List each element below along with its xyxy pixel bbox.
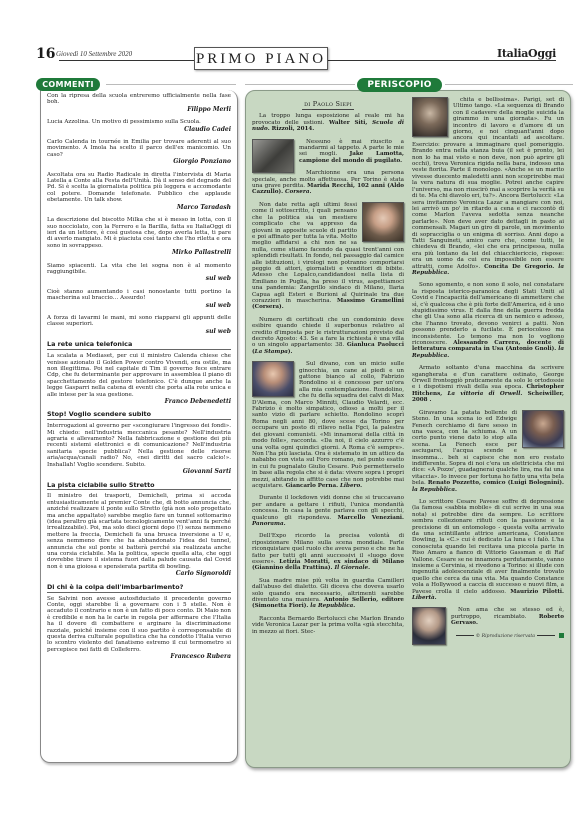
comment-author: Giorgio Ponziano xyxy=(47,159,231,165)
quote-paragraph: Numero di certificati che un condominio … xyxy=(252,317,404,355)
periscopio-column-2: chita e bellissima». Parigi, set di Ulti… xyxy=(412,97,564,647)
quote-publication-italic: La Stampa xyxy=(255,349,288,355)
section-title: PRIMO PIANO xyxy=(194,47,328,70)
comment-author: sul web xyxy=(47,303,231,309)
quote-paragraph: Marchionne era una persona speciale, anc… xyxy=(252,170,404,196)
comment-author: Claudio Cadei xyxy=(47,127,231,133)
section-text: Se Salvini non avesse autosfiduciato il … xyxy=(47,596,231,654)
newspaper-logo: ItaliaOggi xyxy=(493,47,556,60)
quote-text: Lo scrittore Cesare Pavese soffre di dep… xyxy=(412,499,564,595)
portrait-photo xyxy=(252,139,294,173)
quote-paragraph: Dell'Expo ricordo la precisa volontà di … xyxy=(252,533,404,571)
comment-item: La descrizione del biscotto Milka che si… xyxy=(47,217,231,256)
quote-publication-italic: Libertà. xyxy=(412,595,437,601)
copyright-line xyxy=(456,635,474,636)
periscopio-tab: PERISCOPIO xyxy=(357,78,442,92)
quote-paragraph: Racconta Bernardo Bertolucci che Marlon … xyxy=(252,616,404,635)
section-heading: Stop! Voglio scendere subito xyxy=(47,411,231,420)
quote-source: Renato Pozzetto, comico (Luigi Bolognini… xyxy=(428,480,564,486)
comment-text: Siamo spiacenti. La vita che lei sogna n… xyxy=(47,263,231,276)
quote-publication-italic: Libero. xyxy=(340,483,362,489)
quote-paragraph: Durante il lockdown vidi donne che si tr… xyxy=(252,495,404,527)
quote-paragraph: chita e bellissima». Parigi, set di Ulti… xyxy=(412,97,564,276)
quote-paragraph: Sul divano, con un micio sulle ginocchia… xyxy=(252,361,404,489)
comment-author: Marco Taradash xyxy=(47,205,231,211)
portrait-photo xyxy=(522,410,564,448)
section-text: Interrogazioni al governo per «scongiura… xyxy=(47,423,231,468)
page-header: 16 Giovedì 10 Settembre 2020 PRIMO PIANO… xyxy=(36,40,556,72)
quote-paragraph: Lo scrittore Cesare Pavese soffre di dep… xyxy=(412,499,564,602)
quote-source: Walter Siti, xyxy=(329,120,372,126)
quote-publication: Libero. xyxy=(340,483,362,489)
section-heading: La rete unica telefonica xyxy=(47,341,231,350)
comment-text: Cioè stanno aumentando i casi nonostante… xyxy=(47,289,231,302)
quote-publication: La Stampa xyxy=(255,349,288,355)
commenti-column: Con la ripresa della scuola entreremo uf… xyxy=(36,78,236,778)
quote-publication-italic: Il Giornale. xyxy=(334,565,370,571)
quote-source-tail: . Rizzoli, 2014. xyxy=(268,126,314,132)
comment-author: Filippo Merli xyxy=(47,107,231,113)
copyright-line xyxy=(537,635,555,636)
periscopio-rule-left xyxy=(245,84,355,85)
periscopio-column-1: di Paolo Siepi La troppo lunga esposizio… xyxy=(252,97,404,641)
quote-text: Sono sgomento, e non sono il solo, nel c… xyxy=(412,282,564,346)
comment-author: Mirko Pallastrelli xyxy=(47,250,231,256)
quote-publication-italic: la Repubblica. xyxy=(310,603,355,609)
portrait-photo xyxy=(252,361,294,397)
comment-author: sul web xyxy=(47,276,231,282)
section-author: Carlo Signoroldi xyxy=(47,571,231,577)
page-date: Giovedì 10 Settembre 2020 xyxy=(56,50,132,58)
quote-source: Marcello Veneziani. xyxy=(338,515,404,521)
portrait-photo xyxy=(362,202,404,242)
section-author: Franco Debenedetti xyxy=(47,399,231,405)
quote-publication: Panorama. xyxy=(252,521,286,527)
quote-paragraph: Nessuno è mai riuscito a mandarmi al tap… xyxy=(252,139,404,165)
quote-text: Racconta Bernardo Bertolucci che Marlon … xyxy=(252,616,404,635)
comment-section: Stop! Voglio scendere subitoInterrogazio… xyxy=(47,411,231,475)
comment-item: A forza di lavarmi le mani, mi sono riap… xyxy=(47,315,231,335)
comment-item: Ascoltata ora su Radio Radicale in diret… xyxy=(47,172,231,211)
comment-section: La pista ciclabile sullo StrettoIl minis… xyxy=(47,482,231,578)
quote-source: Giancarlo Perna. xyxy=(285,483,340,489)
periscopio-rule-right xyxy=(445,84,573,85)
commenti-tab: COMMENTI xyxy=(36,78,100,91)
section-author: Francesco Rubera xyxy=(47,654,231,660)
comment-item: Cioè stanno aumentando i casi nonostante… xyxy=(47,289,231,309)
quote-publication: La vittoria di Orwell xyxy=(447,391,520,397)
commenti-content: Con la ripresa della scuola entreremo uf… xyxy=(47,93,231,667)
portrait-photo xyxy=(412,607,446,645)
comment-text: Carlo Calenda in tournée in Emilia per t… xyxy=(47,139,231,158)
byline-text: di Paolo Siepi xyxy=(302,100,354,110)
section-author: Giovanni Sarti xyxy=(47,469,231,475)
quote-source-tail: ). xyxy=(288,349,293,355)
quote-publication-italic: la Repubblica. xyxy=(412,487,457,493)
comment-item: Siamo spiacenti. La vita che lei sogna n… xyxy=(47,263,231,283)
comment-section: La rete unica telefonicaLa scalata a Med… xyxy=(47,341,231,405)
portrait-photo xyxy=(412,97,448,137)
section-heading: La pista ciclabile sullo Stretto xyxy=(47,482,231,491)
byline: di Paolo Siepi xyxy=(252,101,404,107)
quote-paragraph: Giravamo La patata bollente di Steno. In… xyxy=(412,410,564,493)
comment-text: Ascoltata ora su Radio Radicale in diret… xyxy=(47,172,231,204)
quote-paragraph: La troppo lunga esposizione al reale mi … xyxy=(252,113,404,132)
quote-paragraph: Non date retta agli ultimi fessi come il… xyxy=(252,202,404,311)
comment-section: Di chi è la colpa dell'imbarbarimento?Se… xyxy=(47,584,231,661)
periscopio-column: di Paolo Siepi La troppo lunga esposizio… xyxy=(245,78,573,768)
quote-paragraph: Sono sgomento, e non sono il solo, nel c… xyxy=(412,282,564,359)
comment-item: Con la ripresa della scuola entreremo uf… xyxy=(47,93,231,113)
copyright-text: © Riproduzione riservata xyxy=(476,634,535,639)
quote-paragraph: Non ama che se stesso ed è, purtroppo, r… xyxy=(412,607,564,626)
section-text: Il ministro dei trasporti, Demicheli, pr… xyxy=(47,493,231,570)
end-mark-icon xyxy=(559,633,564,638)
comment-text: Con la ripresa della scuola entreremo uf… xyxy=(47,93,231,106)
periscopio-box: di Paolo Siepi La troppo lunga esposizio… xyxy=(245,90,571,768)
quote-publication: Libertà. xyxy=(412,595,437,601)
comment-text: La descrizione del biscotto Milka che si… xyxy=(47,217,231,249)
comment-item: Lucia Azzolina. Un motivo di pessimismo … xyxy=(47,119,231,133)
quote-source: Concita De Gregorio. xyxy=(484,264,558,270)
quote-publication: la Repubblica. xyxy=(412,487,457,493)
comment-item: Carlo Calenda in tournée in Emilia per t… xyxy=(47,139,231,166)
comment-text: Lucia Azzolina. Un motivo di pessimismo … xyxy=(47,119,231,125)
quote-publication: Corsera. xyxy=(285,189,311,195)
quote-source: Maurizio Pilotti. xyxy=(510,589,564,595)
section-text: La scalata a Mediaset, per cui il minist… xyxy=(47,353,231,398)
quote-paragraph: Sua madre mise più volta in guardia Cami… xyxy=(252,578,404,610)
section-heading: Di chi è la colpa dell'imbarbarimento? xyxy=(47,584,231,593)
commenti-box: Con la ripresa della scuola entreremo uf… xyxy=(40,90,238,763)
quote-publication: la Repubblica. xyxy=(310,603,355,609)
quote-publication-italic: La vittoria di Orwell xyxy=(447,391,520,397)
quote-publication: Il Giornale. xyxy=(334,565,370,571)
commenti-rule xyxy=(106,84,236,85)
quote-paragraph: Armato soltanto d'una macchina da scrive… xyxy=(412,365,564,403)
comment-author: sul web xyxy=(47,329,231,335)
comment-text: A forza di lavarmi le mani, mi sono riap… xyxy=(47,315,231,328)
quote-publication-italic: Panorama. xyxy=(252,521,286,527)
quote-publication-italic: Corsera. xyxy=(285,189,311,195)
